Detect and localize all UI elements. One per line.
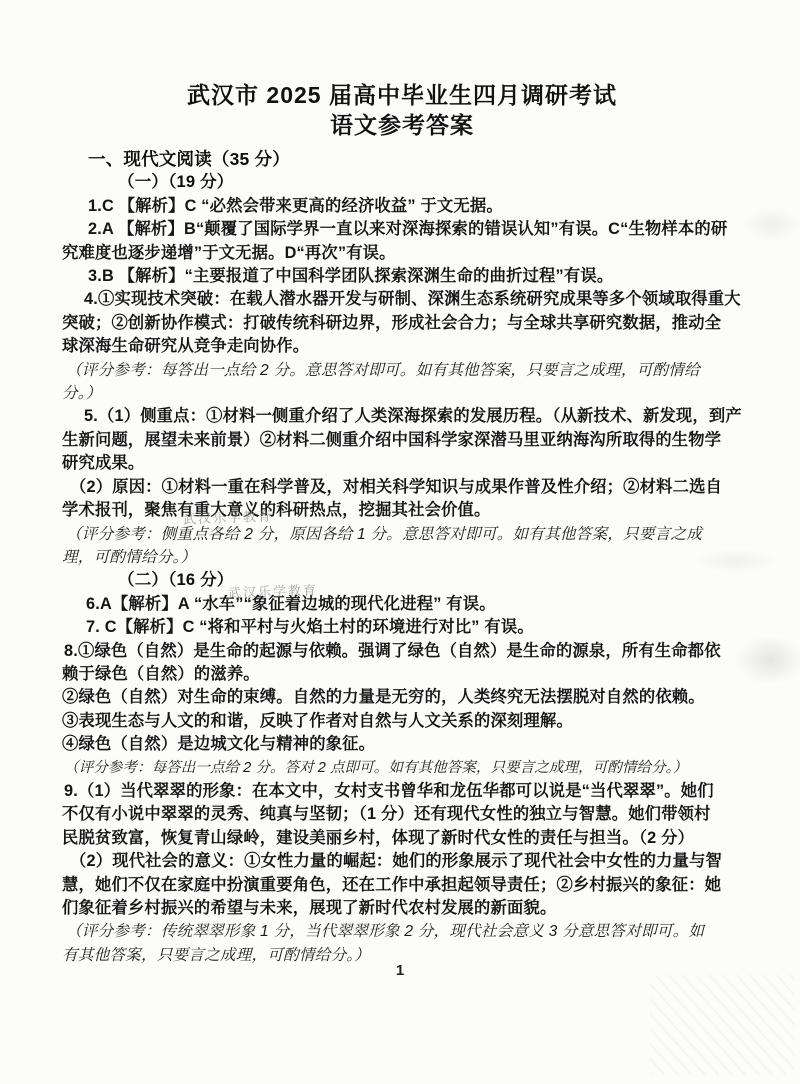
answer-line-q9-2-cont: 慧，她们不仅在家庭中扮演重要角色，还在工作中承担起领导责任；②乡村振兴的象征：她 <box>62 874 742 897</box>
answer-key-subtitle: 语文参考答案 <box>62 110 742 140</box>
scoring-note-q5: （评分参考：侧重点各给 2 分，原因各给 1 分。意思答对即可。如有其他答案，只… <box>62 523 742 546</box>
answer-line-q5-2: （2）原因：①材料一重在科学普及，对相关科学知识与成果作普及性介绍；②材料二选自 <box>62 476 742 499</box>
scoring-note-q4-cont: 分。） <box>62 382 742 405</box>
answer-line-q1: 1.C 【解析】C “必然会带来更高的经济收益” 于文无据。 <box>62 195 742 218</box>
answer-text-block: 一、现代文阅读（35 分） （一）（19 分） 1.C 【解析】C “必然会带来… <box>62 148 742 967</box>
answer-line-q3: 3.B 【解析】“主要报道了中国科学团队探索深渊生命的曲折过程”有误。 <box>62 265 742 288</box>
scoring-note-q9: （评分参考：传统翠翠形象 1 分，当代翠翠形象 2 分，现代社会意义 3 分意思… <box>62 920 742 943</box>
answer-line-q8: 8.①绿色（自然）是生命的起源与依赖。强调了绿色（自然）是生命的源泉，所有生命都… <box>62 640 742 663</box>
scan-smudge <box>650 975 795 1075</box>
answer-line-q5-1-cont: 生新问题，展望未来前景）②材料二侧重介绍中国科学家深潜马里亚纳海沟所取得的生物学 <box>62 429 742 452</box>
page-number: 1 <box>0 962 800 979</box>
answer-line-q9-2: （2）现代社会的意义：①女性力量的崛起：她们的形象展示了现代社会中女性的力量与智 <box>62 850 742 873</box>
answer-line-q9-2-cont: 们象征着乡村振兴的希望与未来，展现了新时代农村发展的新面貌。 <box>62 897 742 920</box>
answer-line-q8-point2: ②绿色（自然）对生命的束缚。自然的力量是无穷的，人类终究无法摆脱对自然的依赖。 <box>62 686 742 709</box>
scoring-note-q4: （评分参考：每答出一点给 2 分。意思答对即可。如有其他答案，只要言之成理，可酌… <box>62 359 742 382</box>
answer-line-q5-1: 5.（1）侧重点：①材料一侧重介绍了人类深海探索的发展历程。（从新技术、新发现，… <box>62 405 742 428</box>
scoring-note-q5-cont: 理，可酌情给分。） <box>62 546 742 569</box>
answer-line-q5-2-cont: 学术报刊，聚焦有重大意义的科研热点，挖掘其社会价值。 <box>62 499 742 522</box>
answer-line-q8-point3: ③表现生态与人文的和谐，反映了作者对自然与人文关系的深刻理解。 <box>62 710 742 733</box>
scanned-answer-sheet-page: 武汉市 2025 届高中毕业生四月调研考试 语文参考答案 一、现代文阅读（35 … <box>0 0 800 1084</box>
answer-line-q7: 7. C【解析】C “将和平村与火焰土村的环境进行对比” 有误。 <box>62 616 742 639</box>
section-heading-modern-reading: 一、现代文阅读（35 分） <box>62 148 742 171</box>
answer-line-q5-1-cont: 研究成果。 <box>62 452 742 475</box>
document-body: 武汉市 2025 届高中毕业生四月调研考试 语文参考答案 一、现代文阅读（35 … <box>62 80 742 967</box>
exam-title: 武汉市 2025 届高中毕业生四月调研考试 <box>62 80 742 110</box>
answer-line-q4-cont: 突破；②创新协作模式：打破传统科研边界，形成社会合力；与全球共享研究数据，推动全 <box>62 312 742 335</box>
answer-line-q2-cont: 究难度也逐步递增”于文无据。D“再次”有误。 <box>62 242 742 265</box>
scoring-note-q8: （评分参考：每答出一点给 2 分。答对 2 点即可。如有其他答案，只要言之成理，… <box>62 757 742 780</box>
answer-line-q4-cont: 球深海生命研究从竞争走向协作。 <box>62 335 742 358</box>
scan-smudge <box>742 208 800 242</box>
part-two-heading: （二）（16 分） <box>62 569 742 592</box>
answer-line-q9-1: 9.（1）当代翠翠的形象：在本文中，女村支书曾华和龙伍华都可以说是“当代翠翠”。… <box>62 780 742 803</box>
answer-line-q9-1-cont: 民脱贫致富，恢复青山绿岭，建设美丽乡村，体现了新时代女性的责任与担当。（2 分） <box>62 827 742 850</box>
scan-smudge <box>735 635 800 685</box>
answer-line-q8-point4: ④绿色（自然）是边城文化与精神的象征。 <box>62 733 742 756</box>
answer-line-q2: 2.A 【解析】B“颠覆了国际学界一直以来对深海探索的错误认知”有误。C“生物样… <box>62 218 742 241</box>
answer-line-q9-1-cont: 不仅有小说中翠翠的灵秀、纯真与坚韧；（1 分）还有现代女性的独立与智慧。她们带领… <box>62 803 742 826</box>
answer-line-q8-cont: 赖于绿色（自然）的滋养。 <box>62 663 742 686</box>
part-one-heading: （一）（19 分） <box>62 171 742 194</box>
answer-line-q6: 6.A【解析】A “水车”“象征着边城的现代化进程” 有误。 <box>62 593 742 616</box>
answer-line-q4: 4.①实现技术突破：在载人潜水器开发与研制、深渊生态系统研究成果等多个领域取得重… <box>62 288 742 311</box>
